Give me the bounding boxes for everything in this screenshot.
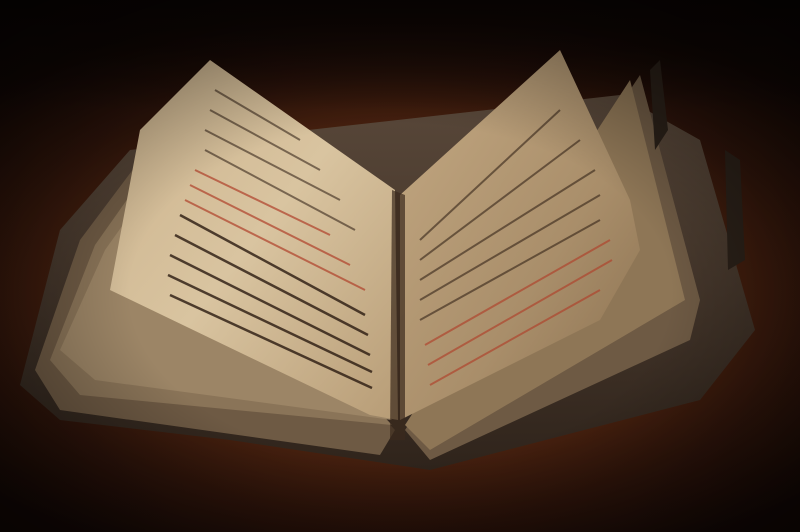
gutter-shadow (390, 190, 405, 440)
book-illustration (0, 0, 800, 532)
book-photo: An antique open manuscript book resting … (0, 0, 800, 532)
